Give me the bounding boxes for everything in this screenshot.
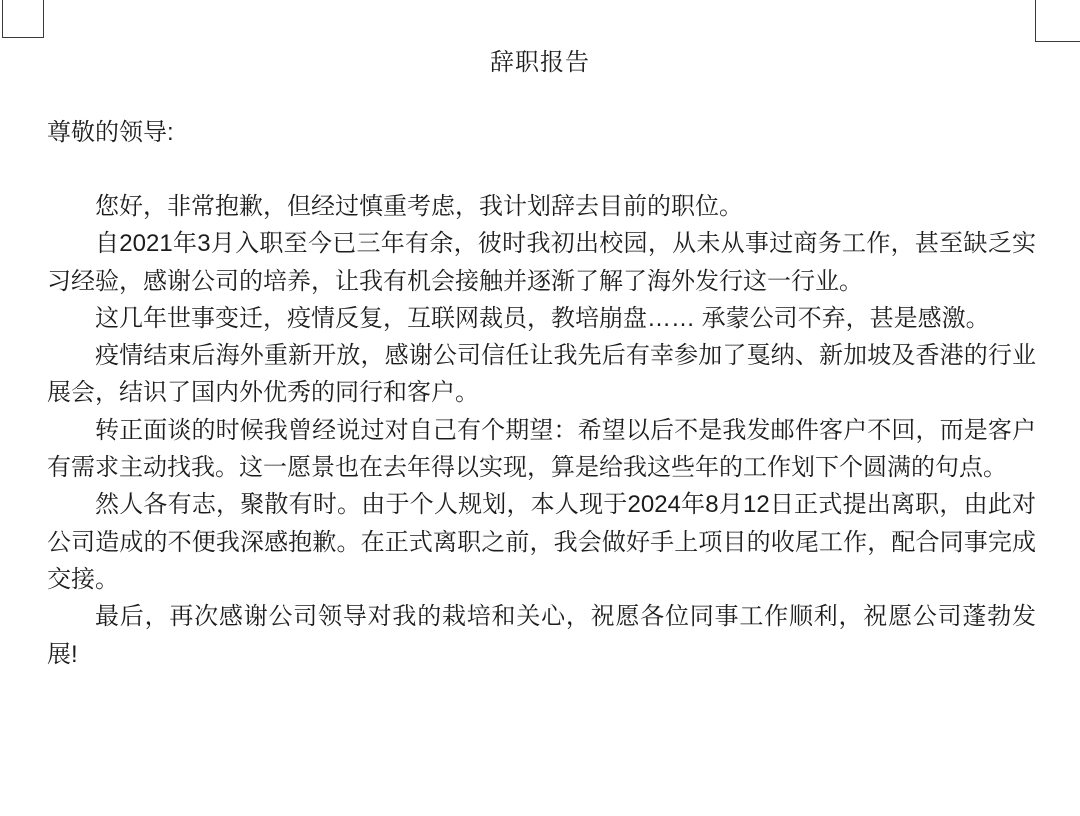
document-title: 辞职报告 xyxy=(0,0,1080,81)
crop-mark-top-right xyxy=(1035,0,1080,42)
salutation: 尊敬的领导: xyxy=(0,114,1080,151)
paragraph: 然人各有志，聚散有时。由于个人规划，本人现于2024年8月12日正式提出离职，由… xyxy=(47,486,1036,598)
crop-mark-top-left xyxy=(2,0,44,38)
paragraph: 这几年世事变迁，疫情反复，互联网裁员，教培崩盘…… 承蒙公司不弃，甚是感激。 xyxy=(47,300,1036,337)
paragraph: 自2021年3月入职至今已三年有余，彼时我初出校园，从未从事过商务工作，甚至缺乏… xyxy=(47,225,1036,300)
document-body: 您好，非常抱歉，但经过慎重考虑，我计划辞去目前的职位。自2021年3月入职至今已… xyxy=(0,188,1080,673)
paragraph: 转正面谈的时候我曾经说过对自己有个期望：希望以后不是我发邮件客户不回，而是客户有… xyxy=(47,412,1036,487)
document-page: 辞职报告 尊敬的领导: 您好，非常抱歉，但经过慎重考虑，我计划辞去目前的职位。自… xyxy=(0,0,1080,816)
paragraph: 您好，非常抱歉，但经过慎重考虑，我计划辞去目前的职位。 xyxy=(47,188,1036,225)
paragraph: 最后，再次感谢公司领导对我的栽培和关心，祝愿各位同事工作顺利，祝愿公司蓬勃发展! xyxy=(47,598,1036,673)
paragraph: 疫情结束后海外重新开放，感谢公司信任让我先后有幸参加了戛纳、新加坡及香港的行业展… xyxy=(47,337,1036,412)
